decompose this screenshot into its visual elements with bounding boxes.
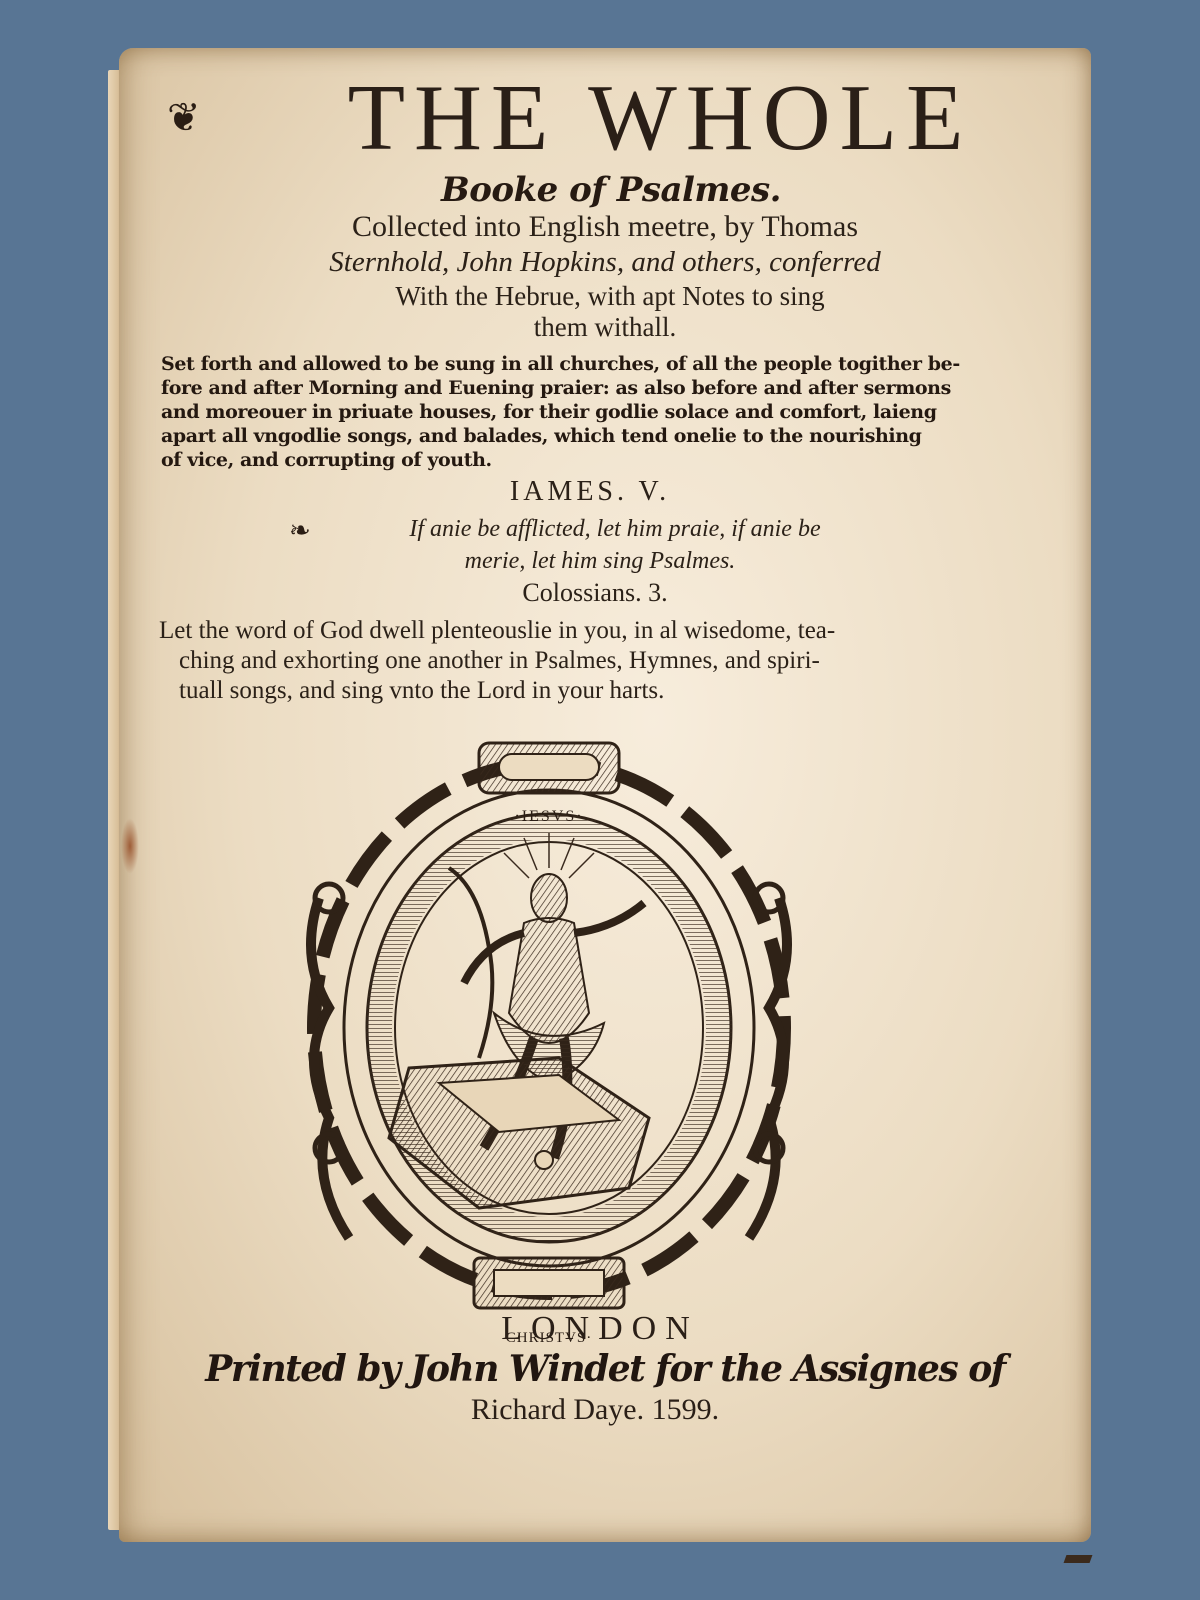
cartouche-top-label: ·IESVS·: [499, 808, 599, 826]
setforth-line: Set forth and allowed to be sung in all …: [161, 352, 961, 376]
james-quote-line-1: If anie be afflicted, let him praie, if …: [119, 516, 1091, 543]
imprint-city: LONDON: [119, 1310, 1091, 1348]
setforth-line: and moreouer in priuate houses, for thei…: [161, 400, 961, 424]
colossians-line: Let the word of God dwell plenteouslie i…: [159, 616, 964, 646]
page-stain: [121, 818, 139, 874]
colossians-quote: Let the word of God dwell plenteouslie i…: [159, 616, 964, 706]
withall-line: them withall.: [119, 312, 1091, 343]
colossians-line: tuall songs, and sing vnto the Lord in y…: [159, 676, 964, 706]
page-corner-shadow: [1064, 1555, 1093, 1563]
setforth-paragraph: Set forth and allowed to be sung in all …: [161, 352, 961, 472]
hebrue-line: With the Hebrue, with apt Notes to sing: [119, 281, 1091, 312]
title-subtitle: Booke of Psalmes.: [119, 170, 1091, 210]
collected-line: Collected into English meetre, by Thomas: [119, 210, 1091, 244]
colossians-line: ching and exhorting one another in Psalm…: [159, 646, 964, 676]
title-page: ❦ THE WHOLE Booke of Psalmes. Collected …: [119, 48, 1091, 1542]
authors-line: Sternhold, John Hopkins, and others, con…: [119, 246, 1091, 279]
woodcut-illustration: ·IESVS· CHRISTVS·: [299, 728, 799, 1318]
title-main: THE WHOLE: [119, 64, 1091, 172]
imprint-assigns-date: Richard Daye. 1599.: [119, 1393, 1091, 1427]
imprint-printer: Printed by John Windet for the Assignes …: [119, 1348, 1091, 1390]
setforth-line: apart all vngodlie songs, and balades, w…: [161, 424, 961, 448]
james-reference: IAMES. V.: [119, 476, 1091, 508]
setforth-line: of vice, and corrupting of youth.: [161, 448, 961, 472]
james-quote-line-2: merie, let him sing Psalmes.: [119, 548, 1091, 575]
colossians-reference: Colossians. 3.: [119, 578, 1091, 608]
setforth-line: fore and after Morning and Euening praie…: [161, 376, 961, 400]
